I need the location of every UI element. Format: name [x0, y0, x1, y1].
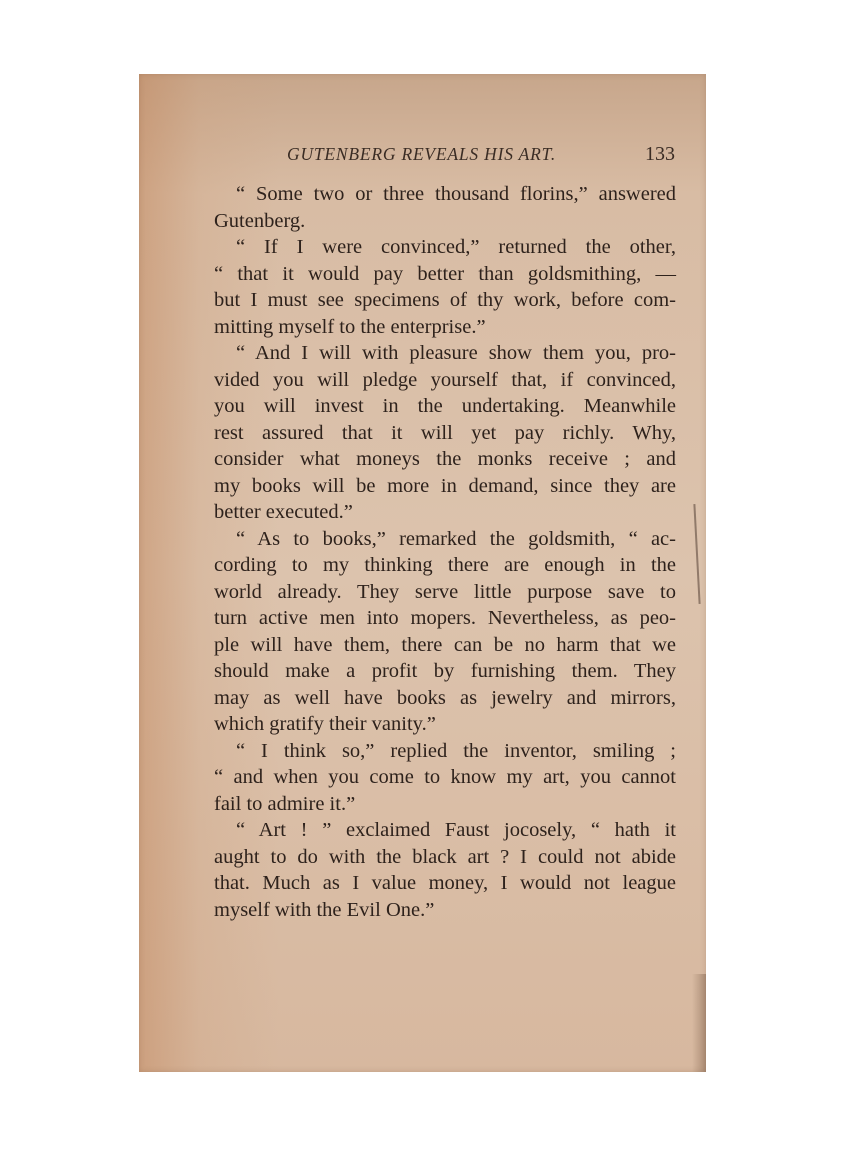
- text-line: my books will be more in demand, since t…: [214, 473, 676, 500]
- book-page: GUTENBERG REVEALS HIS ART. 133 “ Some tw…: [139, 74, 706, 1072]
- text-line: better executed.”: [214, 499, 676, 526]
- text-line: “ that it would pay better than goldsmit…: [214, 261, 676, 288]
- text-line: “ Some two or three thousand florins,” a…: [214, 181, 676, 208]
- text-line: myself with the Evil One.”: [214, 897, 676, 924]
- text-line: aught to do with the black art ? I could…: [214, 844, 676, 871]
- page-mark: [693, 504, 700, 604]
- text-line: “ I think so,” replied the inventor, smi…: [214, 738, 676, 765]
- text-line: consider what moneys the monks receive ;…: [214, 446, 676, 473]
- text-line: turn active men into mopers. Nevertheles…: [214, 605, 676, 632]
- text-line: vided you will pledge yourself that, if …: [214, 367, 676, 394]
- text-line: “ and when you come to know my art, you …: [214, 764, 676, 791]
- text-line: you will invest in the undertaking. Mean…: [214, 393, 676, 420]
- text-line: cording to my thinking there are enough …: [214, 552, 676, 579]
- text-line: mitting myself to the enterprise.”: [214, 314, 676, 341]
- text-line: “ If I were convinced,” returned the oth…: [214, 234, 676, 261]
- text-line: “ As to books,” remarked the goldsmith, …: [214, 526, 676, 553]
- text-line: rest assured that it will yet pay richly…: [214, 420, 676, 447]
- page-edge-shadow: [692, 974, 706, 1072]
- text-line: “ And I will with pleasure show them you…: [214, 340, 676, 367]
- text-line: which gratify their vanity.”: [214, 711, 676, 738]
- page-header: GUTENBERG REVEALS HIS ART. 133: [287, 144, 675, 168]
- running-title: GUTENBERG REVEALS HIS ART.: [287, 144, 556, 165]
- text-line: fail to admire it.”: [214, 791, 676, 818]
- text-line: world already. They serve little purpose…: [214, 579, 676, 606]
- text-line: should make a profit by furnishing them.…: [214, 658, 676, 685]
- text-line: Gutenberg.: [214, 208, 676, 235]
- text-line: that. Much as I value money, I would not…: [214, 870, 676, 897]
- text-line: “ Art ! ” exclaimed Faust jocosely, “ ha…: [214, 817, 676, 844]
- page-number: 133: [645, 143, 675, 166]
- body-text: “ Some two or three thousand florins,” a…: [214, 181, 676, 923]
- text-line: ple will have them, there can be no harm…: [214, 632, 676, 659]
- text-line: may as well have books as jewelry and mi…: [214, 685, 676, 712]
- text-line: but I must see specimens of thy work, be…: [214, 287, 676, 314]
